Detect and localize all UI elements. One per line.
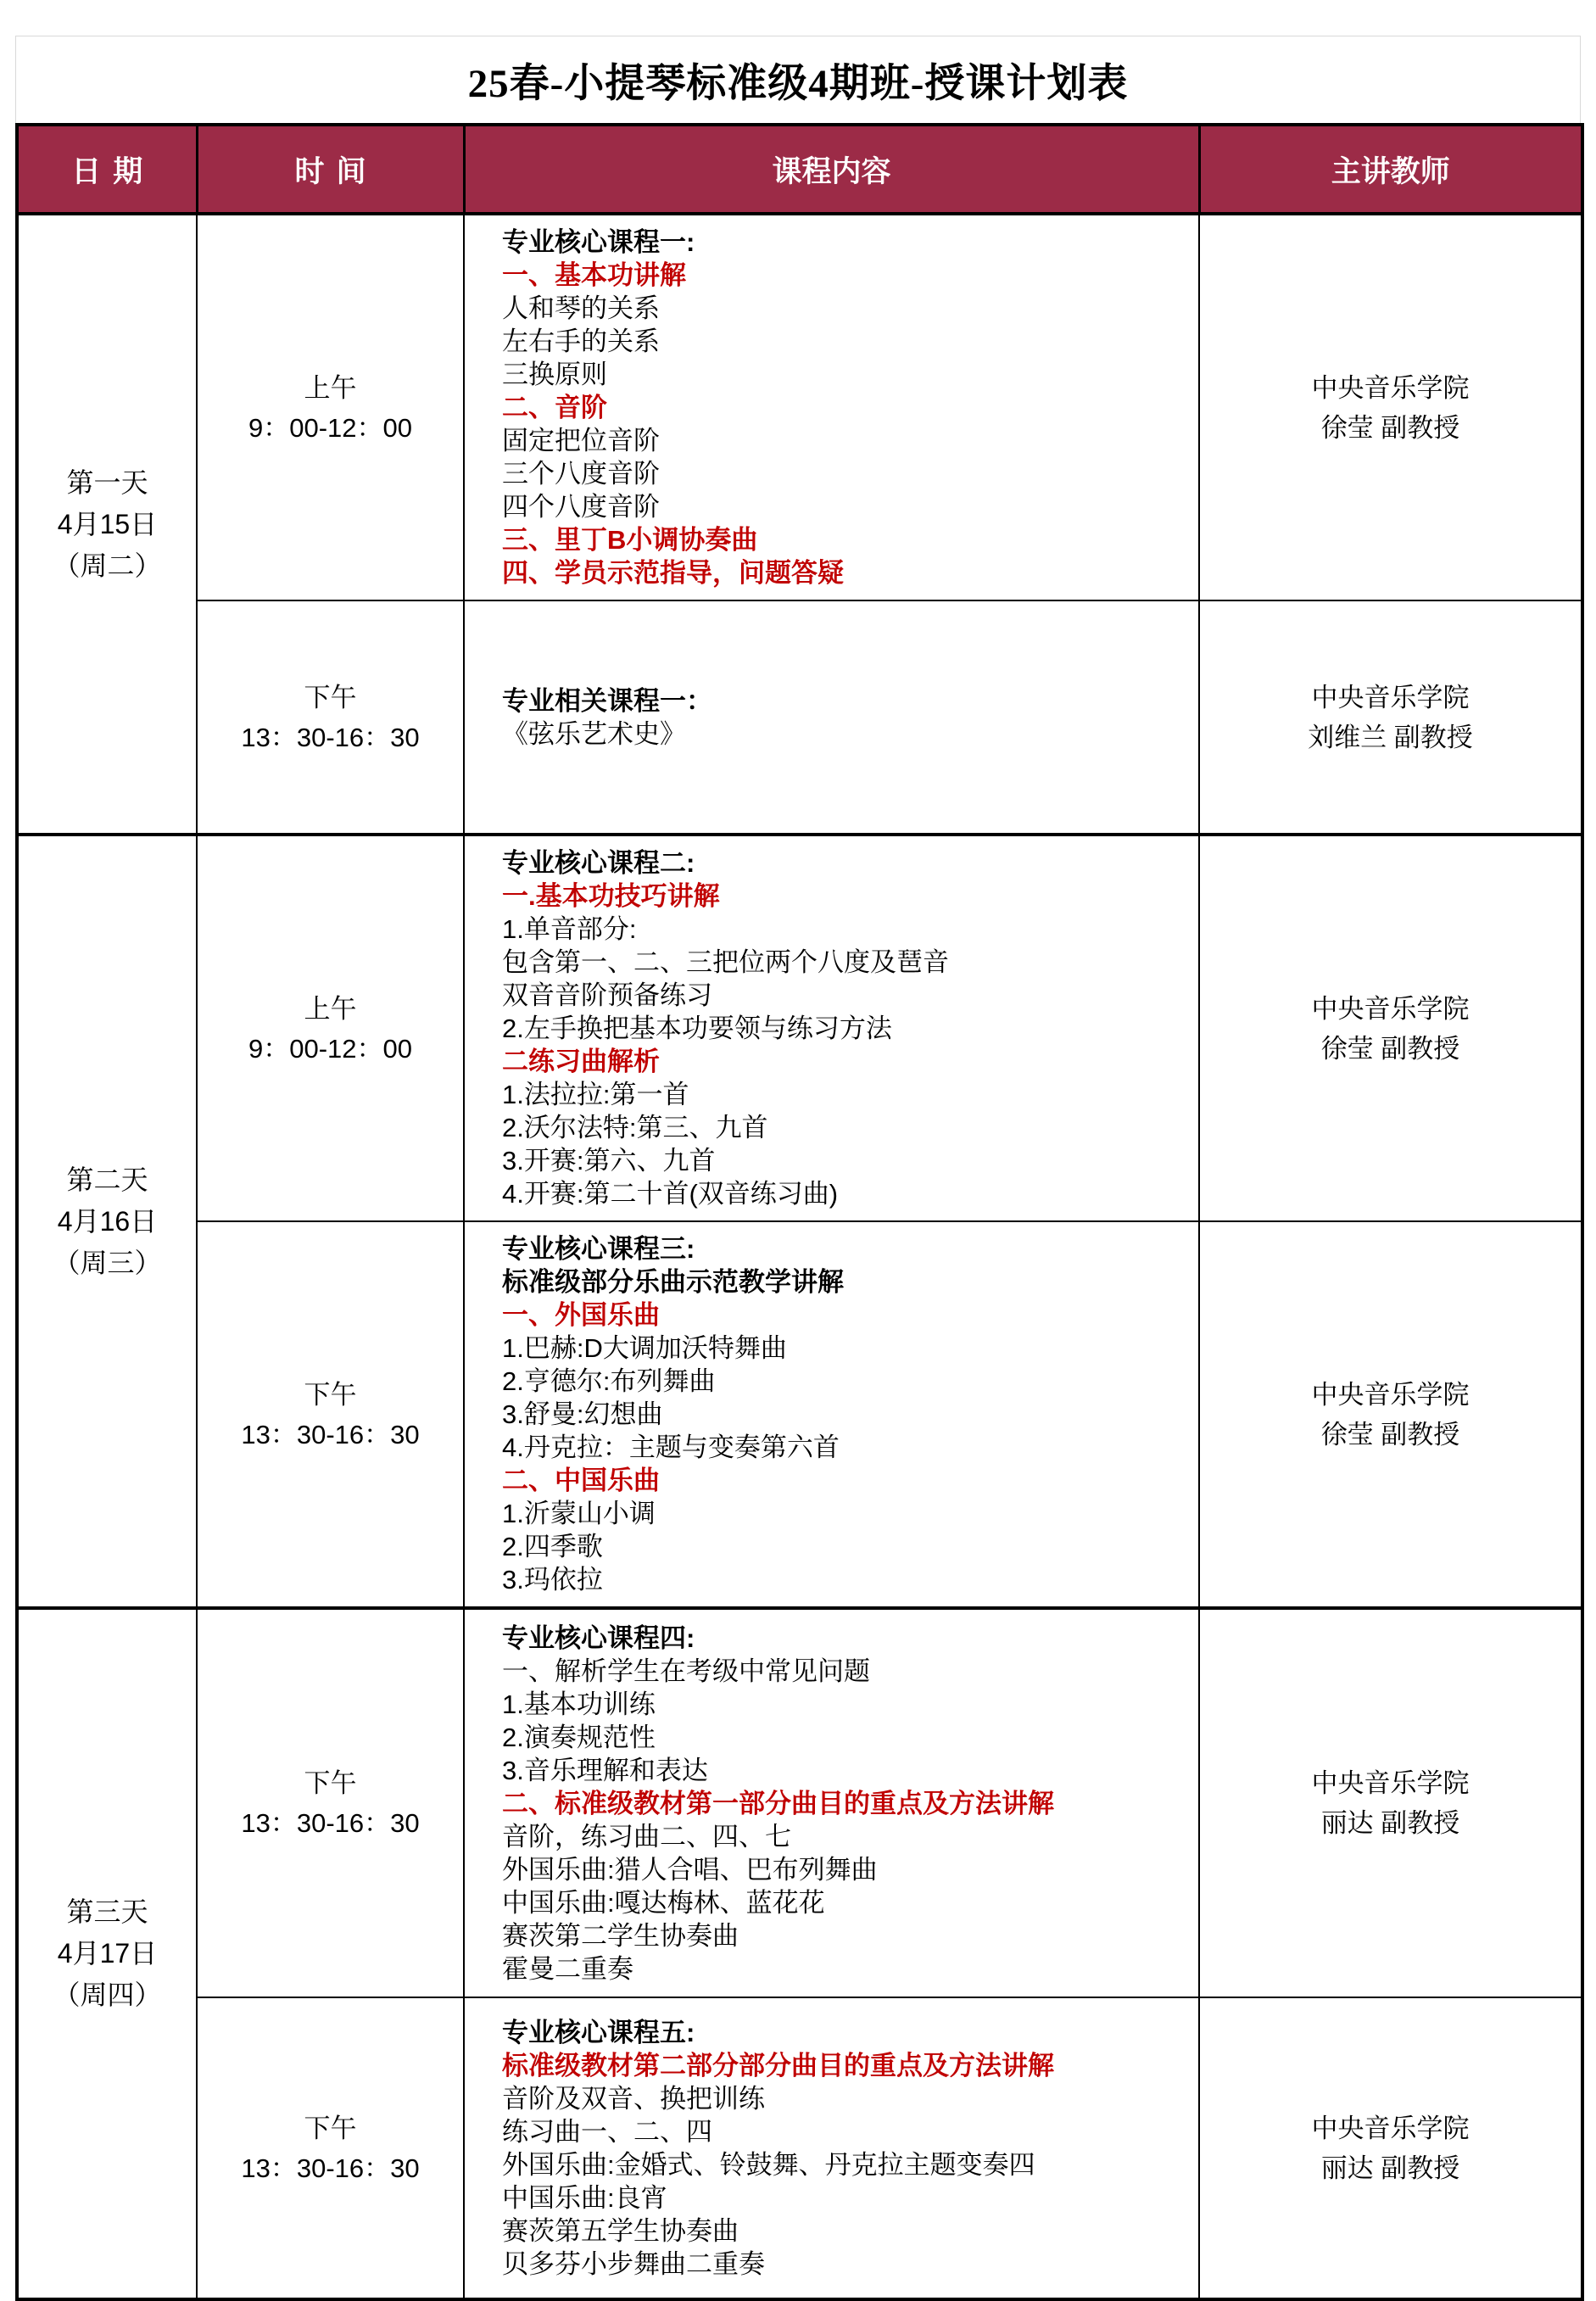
text-line: 刘维兰 副教授 [1200, 718, 1581, 757]
text-line: 第一天 [19, 462, 196, 504]
text-line: 中央音乐学院 [1200, 989, 1581, 1029]
text-line: 下午 [198, 2108, 463, 2148]
text-line: 上午 [198, 989, 463, 1029]
text-line: 徐莹 副教授 [1200, 1029, 1581, 1069]
date-cell-day1: 第一天4月15日（周二） [17, 214, 197, 835]
text-line: 2.左手换把基本功要领与练习方法 [502, 1012, 1183, 1045]
text-line: 一、解析学生在考级中常见问题 [502, 1655, 1183, 1688]
schedule-sheet: 25春-小提琴标准级4期班-授课计划表 日期 时间 课程内容 主讲教师 第一天4… [15, 36, 1581, 2301]
text-line: 中央音乐学院 [1200, 1375, 1581, 1415]
text-line: 13：30-16：30 [198, 1415, 463, 1455]
text-line: 4.丹克拉：主题与变奏第六首 [502, 1431, 1183, 1464]
page-title: 25春-小提琴标准级4期班-授课计划表 [15, 36, 1581, 123]
text-line: 中国乐曲:良宵 [502, 2181, 1183, 2214]
text-line: 外国乐曲:金婚式、铃鼓舞、丹克拉主题变奏四 [502, 2148, 1183, 2181]
text-line: 1.基本功训练 [502, 1688, 1183, 1721]
text-line: 2.四季歌 [502, 1530, 1183, 1563]
date-cell-day3: 第三天4月17日（周四） [17, 1608, 197, 2299]
text-line: 左右手的关系 [502, 325, 1183, 358]
schedule-table: 日期 时间 课程内容 主讲教师 第一天4月15日（周二） 上午9：00-12：0… [15, 123, 1584, 2301]
time-cell: 上午9：00-12：00 [197, 214, 464, 600]
text-line: 2.演奏规范性 [502, 1721, 1183, 1754]
text-line: 人和琴的关系 [502, 292, 1183, 325]
course-content-cell: 专业核心课程一:一、基本功讲解人和琴的关系左右手的关系三换原则二、音阶固定把位音… [464, 214, 1199, 600]
text-line: 四个八度音阶 [502, 490, 1183, 523]
text-line: 音阶，练习曲二、四、七 [502, 1820, 1183, 1853]
text-line: 第二天 [19, 1159, 196, 1201]
text-line: 三换原则 [502, 358, 1183, 391]
text-line: 赛茨第二学生协奏曲 [502, 1919, 1183, 1952]
text-line: 固定把位音阶 [502, 424, 1183, 457]
text-line: 中央音乐学院 [1200, 678, 1581, 718]
text-line: 二、标准级教材第一部分曲目的重点及方法讲解 [502, 1787, 1183, 1820]
text-line: 赛茨第五学生协奏曲 [502, 2214, 1183, 2248]
text-line: 丽达 副教授 [1200, 2148, 1581, 2188]
text-line: 3.开赛:第六、九首 [502, 1144, 1183, 1177]
course-content-lines: 专业核心课程三:标准级部分乐曲示范教学讲解一、外国乐曲1.巴赫:D大调加沃特舞曲… [465, 1222, 1198, 1606]
teacher-cell: 中央音乐学院徐莹 副教授 [1199, 214, 1582, 600]
course-content-cell: 专业相关课程一：《弦乐艺术史》 [464, 600, 1199, 835]
text-line: 13：30-16：30 [198, 2148, 463, 2188]
text-line: 下午 [198, 1763, 463, 1803]
text-line: 专业核心课程三: [502, 1232, 1183, 1265]
teacher-cell: 中央音乐学院丽达 副教授 [1199, 1608, 1582, 1997]
text-line: 四、学员示范指导，问题答疑 [502, 556, 1183, 589]
teacher-cell: 中央音乐学院徐莹 副教授 [1199, 835, 1582, 1221]
text-line: 霍曼二重奏 [502, 1952, 1183, 1985]
header-col-teacher: 主讲教师 [1199, 125, 1582, 214]
text-line: 2.亨德尔:布列舞曲 [502, 1365, 1183, 1398]
text-line: 贝多芬小步舞曲二重奏 [502, 2248, 1183, 2281]
text-line: 4月17日 [19, 1933, 196, 1974]
text-line: 中国乐曲:嘎达梅林、蓝花花 [502, 1886, 1183, 1919]
text-line: 中央音乐学院 [1200, 1763, 1581, 1803]
course-content-cell: 专业核心课程五:标准级教材第二部分部分曲目的重点及方法讲解音阶及双音、换把训练练… [464, 1997, 1199, 2299]
text-line: 3.音乐理解和表达 [502, 1754, 1183, 1787]
text-line: 练习曲一、二、四 [502, 2115, 1183, 2148]
text-line: 标准级部分乐曲示范教学讲解 [502, 1265, 1183, 1299]
text-line: 三个八度音阶 [502, 457, 1183, 490]
header-row: 日期 时间 课程内容 主讲教师 [17, 125, 1582, 214]
text-line: 标准级教材第二部分部分曲目的重点及方法讲解 [502, 2049, 1183, 2082]
table-row: 下午13：30-16：30 专业核心课程三:标准级部分乐曲示范教学讲解一、外国乐… [17, 1221, 1582, 1608]
text-line: 13：30-16：30 [198, 718, 463, 757]
text-line: 专业核心课程五: [502, 2016, 1183, 2049]
text-line: 中央音乐学院 [1200, 2108, 1581, 2148]
course-content-cell: 专业核心课程二:一.基本功技巧讲解1.单音部分:包含第一、二、三把位两个八度及琶… [464, 835, 1199, 1221]
course-content-lines: 专业核心课程四:一、解析学生在考级中常见问题1.基本功训练2.演奏规范性3.音乐… [465, 1611, 1198, 1996]
text-line: 包含第一、二、三把位两个八度及琶音 [502, 946, 1183, 979]
text-line: 双音音阶预备练习 [502, 979, 1183, 1012]
date-cell-day2: 第二天4月16日（周三） [17, 835, 197, 1608]
text-line: 1.巴赫:D大调加沃特舞曲 [502, 1332, 1183, 1365]
header-col-time: 时间 [197, 125, 464, 214]
time-cell: 下午13：30-16：30 [197, 1608, 464, 1997]
text-line: 一、基本功讲解 [502, 259, 1183, 292]
teacher-cell: 中央音乐学院刘维兰 副教授 [1199, 600, 1582, 835]
table-row: 第二天4月16日（周三） 上午9：00-12：00 专业核心课程二:一.基本功技… [17, 835, 1582, 1221]
text-line: 专业核心课程四: [502, 1622, 1183, 1655]
course-content-lines: 专业核心课程五:标准级教材第二部分部分曲目的重点及方法讲解音阶及双音、换把训练练… [465, 2006, 1198, 2291]
time-cell: 下午13：30-16：30 [197, 600, 464, 835]
text-line: 下午 [198, 1375, 463, 1415]
time-cell: 上午9：00-12：00 [197, 835, 464, 1221]
header-col-date: 日期 [17, 125, 197, 214]
text-line: 1.法拉拉:第一首 [502, 1078, 1183, 1111]
course-content-cell: 专业核心课程四:一、解析学生在考级中常见问题1.基本功训练2.演奏规范性3.音乐… [464, 1608, 1199, 1997]
text-line: 下午 [198, 678, 463, 718]
text-line: 丽达 副教授 [1200, 1803, 1581, 1843]
table-row: 下午13：30-16：30 专业核心课程五:标准级教材第二部分部分曲目的重点及方… [17, 1997, 1582, 2299]
text-line: 4月15日 [19, 504, 196, 545]
text-line: 中央音乐学院 [1200, 368, 1581, 408]
text-line: 4.开赛:第二十首(双音练习曲) [502, 1177, 1183, 1210]
text-line: 专业核心课程一: [502, 226, 1183, 259]
text-line: 1.沂蒙山小调 [502, 1497, 1183, 1530]
text-line: 9：00-12：00 [198, 408, 463, 448]
course-content-lines: 专业核心课程二:一.基本功技巧讲解1.单音部分:包含第一、二、三把位两个八度及琶… [465, 836, 1198, 1220]
header-col-content: 课程内容 [464, 125, 1199, 214]
text-line: 4月16日 [19, 1201, 196, 1243]
text-line: （周四） [19, 1974, 196, 2016]
text-line: 二、音阶 [502, 391, 1183, 424]
text-line: 二、中国乐曲 [502, 1464, 1183, 1497]
text-line: （周三） [19, 1243, 196, 1284]
text-line: 《弦乐艺术史》 [502, 718, 1183, 751]
course-content-lines: 专业相关课程一：《弦乐艺术史》 [465, 674, 1198, 761]
text-line: 上午 [198, 368, 463, 408]
text-line: 外国乐曲:猎人合唱、巴布列舞曲 [502, 1853, 1183, 1886]
teacher-cell: 中央音乐学院丽达 副教授 [1199, 1997, 1582, 2299]
text-line: 9：00-12：00 [198, 1029, 463, 1069]
text-line: 3.舒曼:幻想曲 [502, 1398, 1183, 1431]
table-row: 下午13：30-16：30 专业相关课程一：《弦乐艺术史》 中央音乐学院刘维兰 … [17, 600, 1582, 835]
text-line: 3.玛依拉 [502, 1563, 1183, 1596]
text-line: 徐莹 副教授 [1200, 408, 1581, 448]
course-content-cell: 专业核心课程三:标准级部分乐曲示范教学讲解一、外国乐曲1.巴赫:D大调加沃特舞曲… [464, 1221, 1199, 1608]
text-line: （周二） [19, 545, 196, 587]
text-line: 三、里丁B小调协奏曲 [502, 523, 1183, 556]
time-cell: 下午13：30-16：30 [197, 1997, 464, 2299]
text-line: 一.基本功技巧讲解 [502, 880, 1183, 913]
text-line: 专业相关课程一： [502, 684, 1183, 718]
text-line: 专业核心课程二: [502, 846, 1183, 880]
course-content-lines: 专业核心课程一:一、基本功讲解人和琴的关系左右手的关系三换原则二、音阶固定把位音… [465, 215, 1198, 600]
text-line: 1.单音部分: [502, 913, 1183, 946]
text-line: 2.沃尔法特:第三、九首 [502, 1111, 1183, 1144]
text-line: 一、外国乐曲 [502, 1299, 1183, 1332]
text-line: 二练习曲解析 [502, 1045, 1183, 1078]
time-cell: 下午13：30-16：30 [197, 1221, 464, 1608]
text-line: 徐莹 副教授 [1200, 1415, 1581, 1455]
text-line: 音阶及双音、换把训练 [502, 2082, 1183, 2115]
text-line: 13：30-16：30 [198, 1803, 463, 1843]
text-line: 第三天 [19, 1891, 196, 1933]
table-row: 第一天4月15日（周二） 上午9：00-12：00 专业核心课程一:一、基本功讲… [17, 214, 1582, 600]
table-row: 第三天4月17日（周四） 下午13：30-16：30 专业核心课程四:一、解析学… [17, 1608, 1582, 1997]
teacher-cell: 中央音乐学院徐莹 副教授 [1199, 1221, 1582, 1608]
